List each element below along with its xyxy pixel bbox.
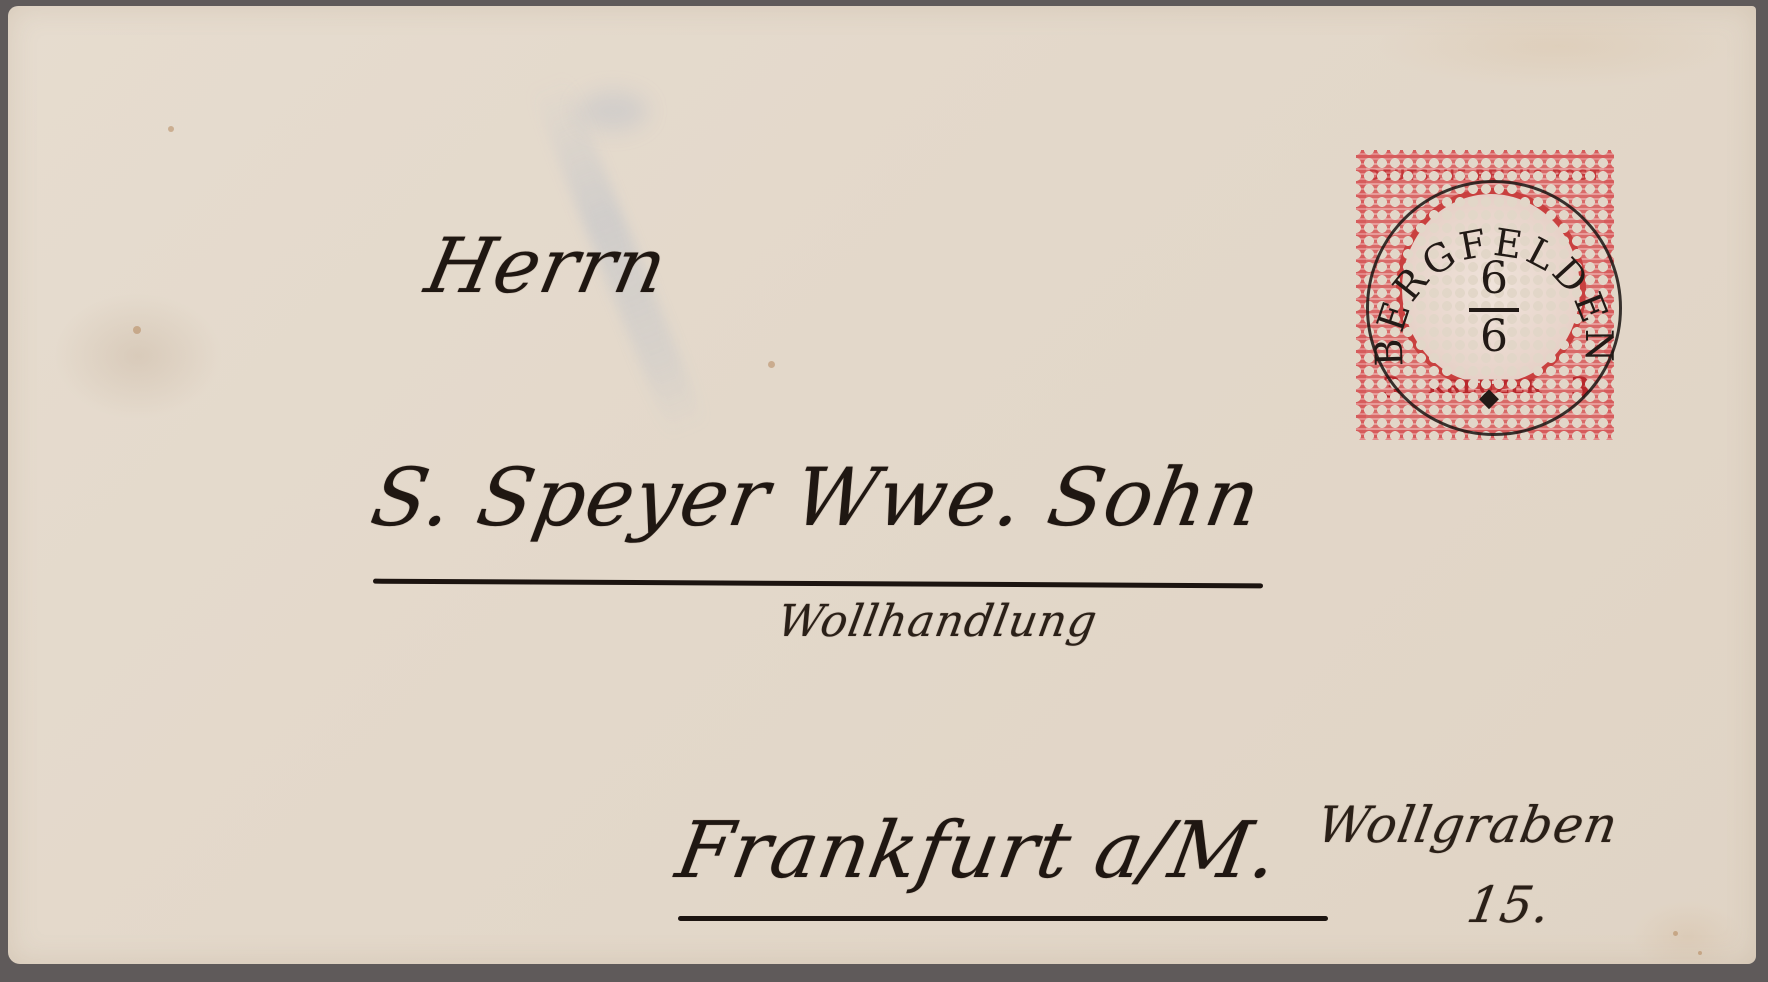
- postmark-day: 6: [1369, 253, 1619, 304]
- foxing-spot: [1673, 931, 1678, 936]
- addressee-name: S. Speyer Wwe. Sohn: [365, 451, 1268, 544]
- city-underline: [678, 916, 1328, 921]
- salutation: Herrn: [419, 221, 676, 310]
- street-number: 15.: [1463, 876, 1556, 934]
- postmark-cancellation: BERGFELDEN 6 6 ◆: [1366, 180, 1622, 436]
- ink-stain: [578, 91, 648, 131]
- addressee-trade: Wollhandlung: [774, 596, 1102, 647]
- foxing-spot: [133, 326, 141, 334]
- street-name: Wollgraben: [1313, 796, 1623, 854]
- foxing-spot: [768, 361, 775, 368]
- destination-city: Frankfurt a/M.: [670, 806, 1285, 896]
- postmark-month: 6: [1369, 311, 1619, 362]
- postmark-ornament-icon: ◆: [1479, 383, 1499, 413]
- foxing-spot: [1698, 951, 1702, 955]
- foxing-spot: [168, 126, 174, 132]
- addressee-underline: [373, 579, 1263, 589]
